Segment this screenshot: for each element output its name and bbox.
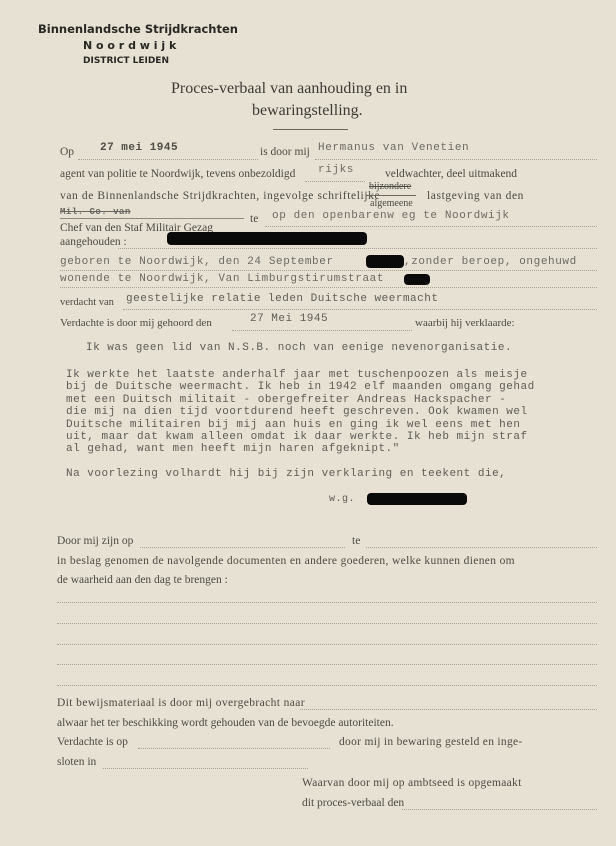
born-line (60, 270, 597, 271)
option-kept: algemeene (370, 198, 413, 209)
oath-date-line[interactable] (402, 809, 597, 810)
op-date-line (78, 159, 258, 160)
seized-items-line-3[interactable] (57, 644, 597, 645)
born-suffix: ,zonder beroep, ongehuwd (404, 256, 577, 268)
te-label: te (250, 213, 258, 225)
location-field[interactable]: op den openbarenw eg te Noordwijk (272, 210, 510, 222)
aangehouden-line (118, 248, 597, 249)
oath-line2: dit proces-verbaal den (302, 797, 404, 809)
statement-line: bij de Duitsche weermacht. Ik heb in 194… (66, 381, 535, 393)
door-mij-label: is door mij (260, 146, 310, 158)
rank-field[interactable]: rijks (318, 164, 354, 176)
custody-date-line[interactable] (138, 748, 330, 749)
op-label: Op (60, 146, 74, 158)
address-line (60, 287, 597, 288)
evidence-line2: alwaar het ter beschikking wordt gehoude… (57, 717, 394, 729)
page-title-line1: Proces-verbaal van aanhouding en in (171, 80, 407, 98)
authority-line (60, 218, 244, 219)
line3-prefix: van de Binnenlandsche Strijdkrachten, in… (60, 190, 380, 202)
title-divider (273, 129, 348, 130)
seizure-date-line (140, 547, 345, 548)
seizure-door-label: Door mij zijn op (57, 535, 133, 547)
option-fraction-bar (366, 195, 416, 196)
oath-line1: Waarvan door mij op ambtseed is opgemaak… (302, 777, 522, 789)
gehoord-date-line (232, 330, 412, 331)
line3-suffix: lastgeving van den (427, 190, 524, 202)
signature-prefix: w.g. (329, 494, 355, 505)
line2-suffix: veldwachter, deel uitmakend (385, 168, 517, 180)
letterhead-district: DISTRICT LEIDEN (83, 56, 169, 66)
statement-body: Ik werkte het laatste anderhalf jaar met… (66, 369, 535, 456)
seized-items-line-5[interactable] (57, 685, 597, 686)
seizure-place-line (366, 547, 597, 548)
redacted-name (167, 232, 367, 245)
authority-struck: Mil. Co. van (60, 207, 131, 217)
location-line (265, 226, 597, 227)
gehoord-label: Verdachte is door mij gehoord den (60, 317, 212, 329)
seized-items-line-4[interactable] (57, 664, 597, 665)
suspicion-line (123, 309, 597, 310)
custody-line2-prefix: sloten in (57, 756, 96, 768)
statement-line: Ik werkte het laatste anderhalf jaar met… (66, 369, 535, 381)
officer-name-line (315, 159, 597, 160)
statement-line: die mij na dien tijd voortdurend heeft g… (66, 406, 535, 418)
officer-name-field[interactable]: Hermanus van Venetien (318, 142, 469, 154)
letterhead-org: Binnenlandsche Strijdkrachten (38, 22, 238, 36)
statement-line: met een Duitsch militait - obergefreiter… (66, 394, 535, 406)
statement-line: al gehad, want men heeft mijn haren afge… (66, 443, 535, 455)
evidence-line1: Dit bewijsmateriaal is door mij overgebr… (57, 697, 305, 709)
redacted-house-number (404, 274, 430, 285)
statement-closing: Na voorlezing volhardt hij bij zijn verk… (66, 468, 506, 480)
redacted-birth-year (366, 255, 404, 268)
seizure-te-label: te (352, 535, 360, 547)
address-field[interactable]: wonende te Noordwijk, Van Limburgstirums… (60, 273, 384, 285)
page-title-line2: bewaringstelling. (252, 102, 363, 120)
suspicion-field[interactable]: geestelijke relatie leden Duitsche weerm… (126, 293, 438, 305)
aangehouden-label: aangehouden : (60, 236, 127, 248)
evidence-destination-line[interactable] (300, 709, 597, 710)
rank-line (305, 181, 365, 182)
custody-line1-prefix: Verdachte is op (57, 736, 128, 748)
born-field[interactable]: geboren te Noordwijk, den 24 September (60, 256, 334, 268)
verklaarde-label: waarbij hij verklaarde: (415, 317, 515, 329)
line2-prefix: agent van politie te Noordwijk, tevens o… (60, 168, 295, 180)
verdacht-label: verdacht van (60, 297, 114, 308)
redacted-signature (367, 493, 467, 505)
seizure-line2: in beslag genomen de navolgende document… (57, 555, 515, 567)
letterhead-place: N o o r d w i j k (83, 39, 176, 52)
seizure-line3: de waarheid aan den dag te brengen : (57, 574, 228, 586)
seized-items-line-1[interactable] (57, 602, 597, 603)
custody-line1-suffix: door mij in bewaring gesteld en inge- (339, 736, 523, 748)
gehoord-date-field[interactable]: 27 Mei 1945 (250, 313, 328, 325)
statement-line: Duitsche militairen bij mij aan huis en … (66, 419, 535, 431)
option-struck: bijzondere (369, 181, 411, 192)
seized-items-line-2[interactable] (57, 623, 597, 624)
statement-line: uit, maar dat kwam alleen omdat ik daar … (66, 431, 535, 443)
op-date-field[interactable]: 27 mei 1945 (100, 142, 178, 154)
statement-intro: Ik was geen lid van N.S.B. noch van eeni… (86, 342, 512, 354)
custody-place-line[interactable] (103, 768, 308, 769)
